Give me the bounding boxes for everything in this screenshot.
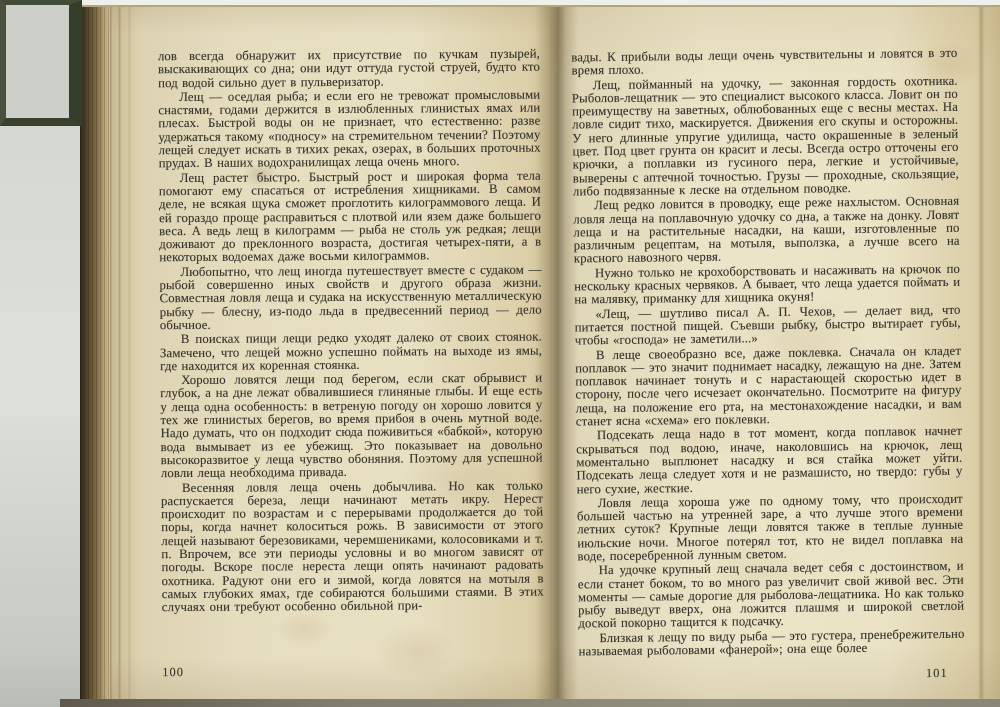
paragraph: Лещ растет быстро. Быстрый рост и широка… (159, 169, 542, 265)
right-page: вады. К прибыли воды лещи очень чувствит… (550, 7, 1000, 699)
book-scan: лов всегда обнаружит их присутствие по к… (0, 0, 1000, 707)
page-number-left: 100 (162, 665, 184, 680)
paragraph: В леще своеобразно все, даже поклевка. С… (575, 344, 962, 428)
paragraph: Подсекать леща надо в тот момент, когда … (576, 425, 963, 496)
paragraph: Близкая к лещу по виду рыба — это густер… (578, 627, 964, 658)
paragraph: Лещ редко ловится в проводку, еще реже н… (573, 195, 960, 266)
paragraph: «Лещ, — шутливо писал А. П. Чехов, — дел… (574, 303, 960, 348)
paragraph: вады. К прибыли воды лещи очень чувствит… (571, 47, 957, 78)
paragraph: Любопытно, что лещ иногда путешествует в… (159, 263, 541, 332)
page-stack-edge-left (80, 7, 110, 699)
paragraph: Лещ — оседлая рыба; и если его не тревож… (158, 88, 541, 170)
paragraph: Лещ, пойманный на удочку, — законная гор… (572, 74, 959, 198)
paragraph: В поисках пищи лещи редко уходят далеко … (160, 331, 542, 374)
paragraph: лов всегда обнаружит их присутствие по к… (158, 48, 540, 91)
left-page-text: лов всегда обнаружит их присутствие по к… (158, 48, 544, 616)
page-number-right: 101 (926, 666, 948, 681)
paragraph: Нужно только не крохоборствовать и насаж… (574, 262, 960, 307)
paragraph: Весенняя ловля леща очень добычлива. Но … (161, 479, 544, 615)
open-book: лов всегда обнаружит их присутствие по к… (80, 5, 1000, 699)
paragraph: На удочке крупный лещ сначала ведет себя… (578, 560, 965, 631)
left-page: лов всегда обнаружит их присутствие по к… (110, 7, 550, 699)
book-bottom-shadow (60, 699, 1000, 707)
scanner-bed-corner (0, 0, 82, 126)
paragraph: Хорошо ловятся лещи под берегом, если ск… (160, 372, 543, 481)
right-page-text: вады. К прибыли воды лещи очень чувствит… (571, 47, 964, 660)
paragraph: Ловля леща хороша уже по одному тому, чт… (577, 493, 964, 564)
